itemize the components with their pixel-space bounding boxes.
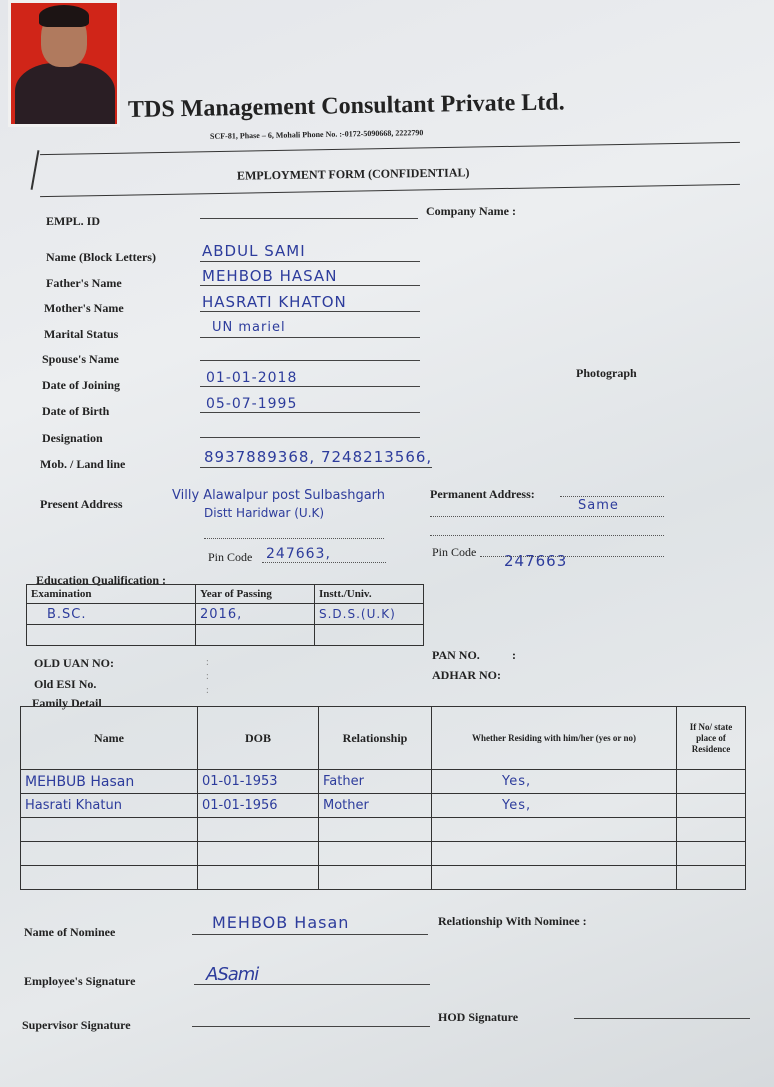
cell-residing[interactable] <box>432 818 677 842</box>
mother-name-label: Mother's Name <box>44 301 124 316</box>
cell-year[interactable]: 2016, <box>196 604 315 625</box>
nominee-line <box>192 934 428 935</box>
cell-name[interactable] <box>21 842 198 866</box>
pan-label: PAN NO. <box>432 648 480 663</box>
cell-residing[interactable] <box>432 842 677 866</box>
old-uan-label: OLD UAN NO: <box>34 656 114 671</box>
photograph-label: Photograph <box>576 366 637 381</box>
cell-examination[interactable] <box>27 625 196 646</box>
date-of-birth-line <box>200 412 420 413</box>
present-pin-label: Pin Code <box>208 550 252 565</box>
date-of-joining-value[interactable]: 01-01-2018 <box>206 370 297 386</box>
permanent-address-label: Permanent Address: <box>430 487 535 502</box>
header-year: Year of Passing <box>196 585 315 604</box>
table-row <box>21 842 746 866</box>
old-esi-label: Old ESI No. <box>34 677 96 692</box>
company-name-label: Company Name : <box>426 204 516 219</box>
cell-name[interactable]: Hasrati Khatun <box>21 794 198 818</box>
father-name-line <box>200 285 420 286</box>
nominee-value[interactable]: MEHBOB Hasan <box>212 913 349 932</box>
company-address: SCF-81, Phase – 6, Mohali Phone No. :-01… <box>210 128 423 141</box>
header-name: Name <box>21 707 198 770</box>
name-line <box>200 261 420 262</box>
mobile-value[interactable]: 8937889368, 7248213566, <box>204 448 432 466</box>
designation-label: Designation <box>42 431 103 446</box>
divider <box>40 184 740 197</box>
spouse-name-field[interactable] <box>200 360 420 361</box>
table-row: MEHBUB Hasan 01-01-1953 Father Yes, <box>21 770 746 794</box>
permanent-address-line1 <box>560 496 664 497</box>
cell-examination[interactable]: B.SC. <box>27 604 196 625</box>
cell-relationship[interactable] <box>319 842 432 866</box>
permanent-pin-label: Pin Code <box>432 545 476 560</box>
cell-residence[interactable] <box>677 866 746 890</box>
present-address-line1[interactable]: Villy Alawalpur post Sulbashgarh <box>172 488 385 503</box>
employee-photo <box>8 0 120 127</box>
cell-dob[interactable]: 01-01-1956 <box>198 794 319 818</box>
cell-residing[interactable]: Yes, <box>432 770 677 794</box>
date-of-joining-label: Date of Joining <box>42 378 120 393</box>
cell-residence[interactable] <box>677 770 746 794</box>
cell-year[interactable] <box>196 625 315 646</box>
present-address-label: Present Address <box>40 497 123 512</box>
header-dob: DOB <box>198 707 319 770</box>
permanent-address-line3 <box>430 535 664 536</box>
permanent-pin-value[interactable]: 247663 <box>504 552 567 570</box>
date-of-birth-label: Date of Birth <box>42 404 109 419</box>
cell-dob[interactable] <box>198 818 319 842</box>
company-title: TDS Management Consultant Private Ltd. <box>128 89 565 124</box>
date-of-joining-line <box>200 386 420 387</box>
name-label: Name (Block Letters) <box>46 250 156 265</box>
mobile-label: Mob. / Land line <box>40 457 125 472</box>
header-residing: Whether Residing with him/her (yes or no… <box>432 707 677 770</box>
spouse-name-label: Spouse's Name <box>42 352 119 367</box>
cell-residence[interactable] <box>677 794 746 818</box>
marital-status-value[interactable]: UN mariel <box>212 320 286 335</box>
present-address-line3 <box>204 538 384 539</box>
name-value[interactable]: ABDUL SAMI <box>202 242 306 260</box>
mobile-line <box>200 467 432 468</box>
table-row <box>21 866 746 890</box>
nominee-label: Name of Nominee <box>24 925 115 940</box>
employee-signature-value[interactable]: ASami <box>206 964 258 985</box>
adhar-label: ADHAR NO: <box>432 668 501 683</box>
mother-name-line <box>200 311 420 312</box>
cell-dob[interactable]: 01-01-1953 <box>198 770 319 794</box>
cell-relationship[interactable] <box>319 866 432 890</box>
marital-status-label: Marital Status <box>44 327 118 342</box>
empl-id-label: EMPL. ID <box>46 214 100 229</box>
supervisor-signature-label: Supervisor Signature <box>22 1018 131 1033</box>
education-header-row: Examination Year of Passing Instt./Univ. <box>27 585 424 604</box>
cell-relationship[interactable] <box>319 818 432 842</box>
table-row: B.SC. 2016, S.D.S.(U.K) <box>27 604 424 625</box>
permanent-pin-line <box>480 556 664 557</box>
header-residence-place: If No/ state place of Residence <box>677 707 746 770</box>
empl-id-field[interactable] <box>200 218 418 219</box>
education-table: Examination Year of Passing Instt./Univ.… <box>26 584 424 646</box>
cell-name[interactable] <box>21 818 198 842</box>
photo-hair <box>39 5 89 27</box>
family-table: Name DOB Relationship Whether Residing w… <box>20 706 746 890</box>
employee-signature-label: Employee's Signature <box>24 974 135 989</box>
cell-dob[interactable] <box>198 866 319 890</box>
present-pin-line <box>262 562 386 563</box>
hod-signature-field[interactable] <box>574 1018 750 1019</box>
cell-residing[interactable]: Yes, <box>432 794 677 818</box>
form-paper: TDS Management Consultant Private Ltd. S… <box>0 0 774 1087</box>
cell-institute[interactable] <box>315 625 424 646</box>
mother-name-value[interactable]: HASRATI KHATON <box>202 293 347 311</box>
colon-marks: ::: <box>206 656 209 698</box>
present-pin-value[interactable]: 247663, <box>266 546 331 562</box>
form-title: EMPLOYMENT FORM (CONFIDENTIAL) <box>237 165 470 183</box>
permanent-address-value[interactable]: Same <box>578 498 619 513</box>
employee-signature-line <box>194 984 430 985</box>
hod-signature-label: HOD Signature <box>438 1010 518 1025</box>
table-row <box>27 625 424 646</box>
cell-name[interactable] <box>21 866 198 890</box>
cell-relationship[interactable]: Father <box>319 770 432 794</box>
pen-mark <box>31 150 40 190</box>
cell-residence[interactable] <box>677 818 746 842</box>
designation-field[interactable] <box>200 437 420 438</box>
pan-colon: : <box>512 648 516 663</box>
header-relationship: Relationship <box>319 707 432 770</box>
supervisor-signature-field[interactable] <box>192 1026 430 1027</box>
table-row <box>21 818 746 842</box>
cell-relationship[interactable]: Mother <box>319 794 432 818</box>
cell-residing[interactable] <box>432 866 677 890</box>
cell-dob[interactable] <box>198 842 319 866</box>
father-name-label: Father's Name <box>46 276 122 291</box>
divider <box>40 142 740 155</box>
header-examination: Examination <box>27 585 196 604</box>
date-of-birth-value[interactable]: 05-07-1995 <box>206 396 297 412</box>
cell-name[interactable]: MEHBUB Hasan <box>21 770 198 794</box>
cell-institute[interactable]: S.D.S.(U.K) <box>315 604 424 625</box>
header-institute: Instt./Univ. <box>315 585 424 604</box>
photo-body <box>15 63 115 127</box>
relationship-nominee-label: Relationship With Nominee : <box>438 914 587 929</box>
present-address-line2[interactable]: Distt Haridwar (U.K) <box>204 506 324 520</box>
cell-residence[interactable] <box>677 842 746 866</box>
permanent-address-line2 <box>430 516 664 517</box>
father-name-value[interactable]: MEHBOB HASAN <box>202 267 337 285</box>
family-header-row: Name DOB Relationship Whether Residing w… <box>21 707 746 770</box>
marital-status-line <box>200 337 420 338</box>
table-row: Hasrati Khatun 01-01-1956 Mother Yes, <box>21 794 746 818</box>
